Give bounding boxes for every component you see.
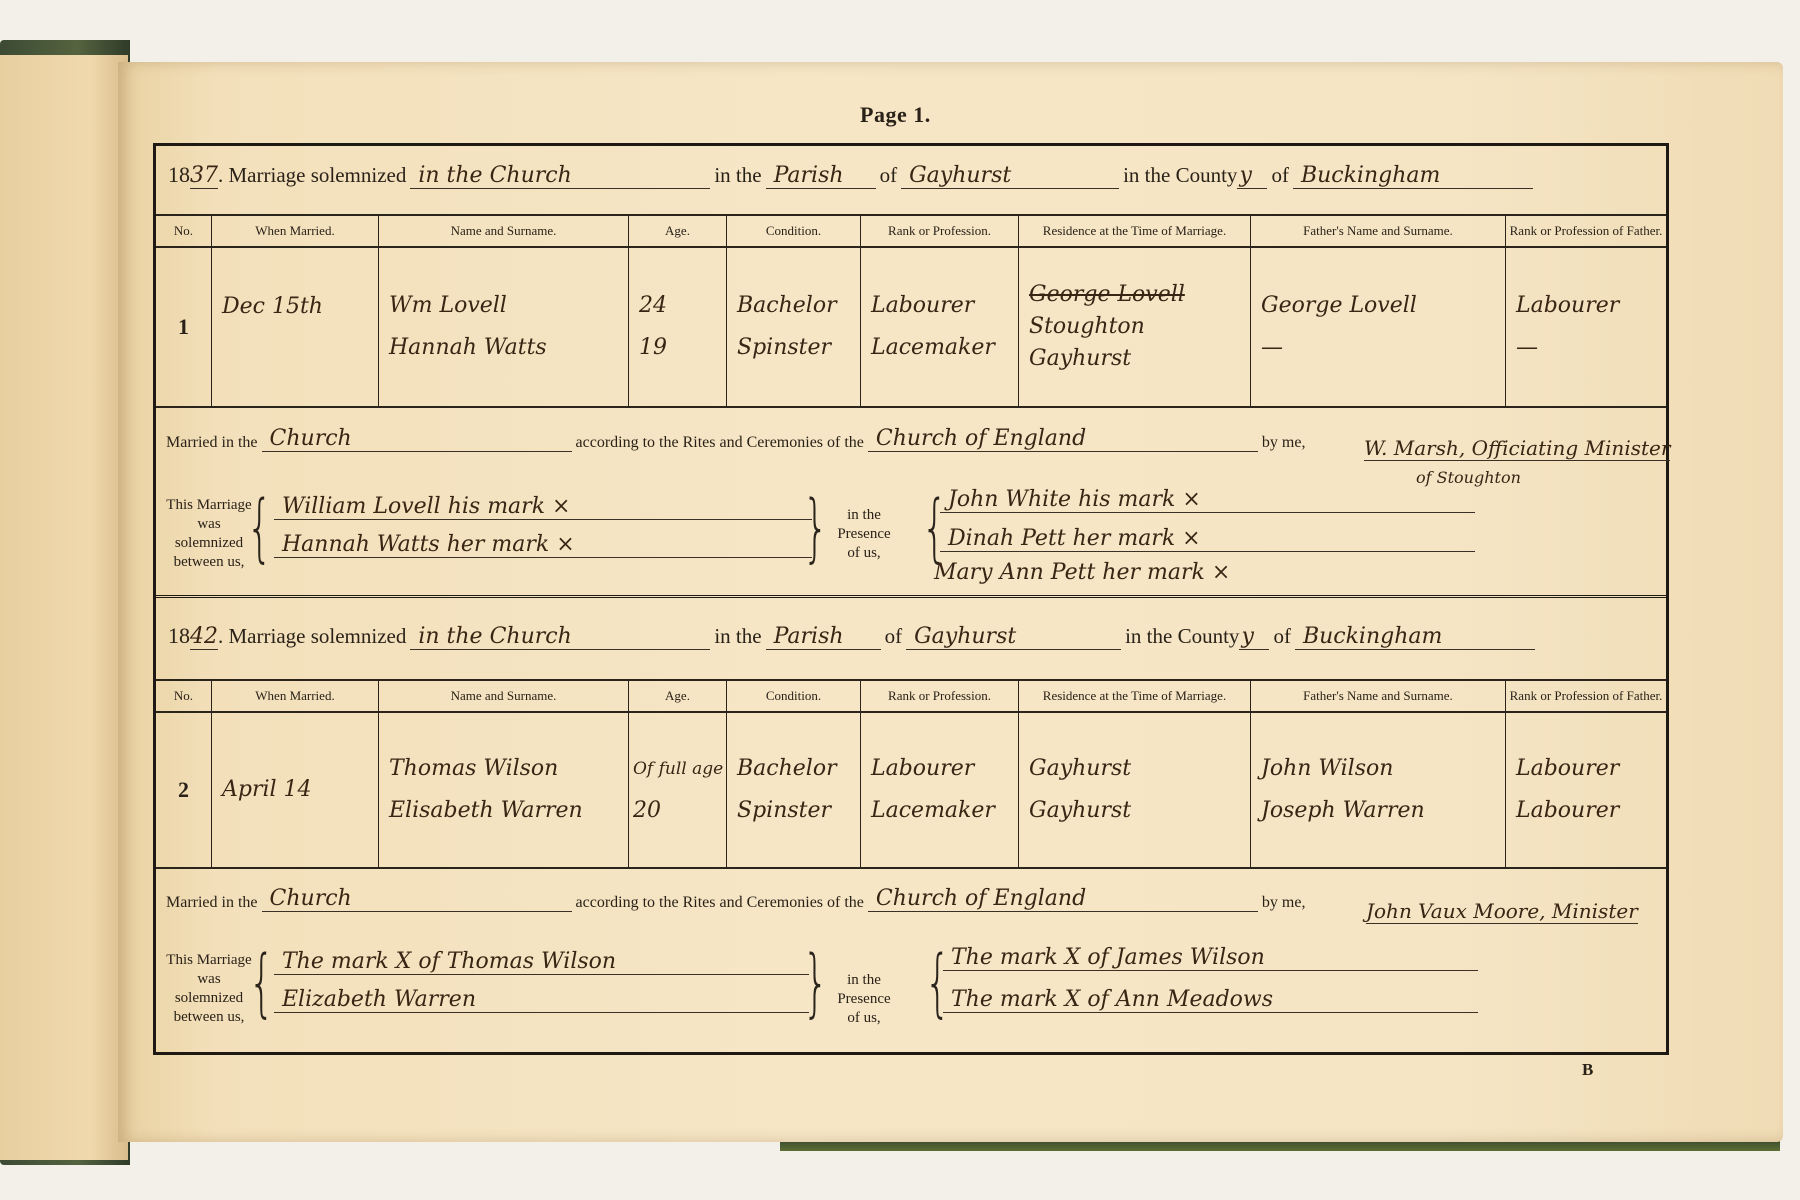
bride-rank: Lacemaker [871,790,1018,832]
groom-signature: William Lovell his mark × [274,486,812,520]
col-header-no: No. [156,681,212,711]
label-married-in-the: Married in the [166,894,258,912]
groom-father-rank: Labourer [1516,285,1666,327]
groom-name: Wm Lovell [389,285,628,327]
county-field: Buckingham [1295,624,1535,650]
col-header-father-name: Father's Name and Surname. [1251,681,1506,711]
groom-rank: Labourer [871,285,1018,327]
label-in-the-county: in the County [1123,163,1237,188]
label-line: of us, [824,544,904,563]
rank-cell: Labourer Lacemaker [861,713,1019,867]
year-prefix: 18 [168,162,190,188]
marriage-register-form: 1837. Marriage solemnized in the Church … [153,143,1669,1055]
groom-signature: The mark X of Thomas Wilson [274,941,809,975]
father-rank-cell: Labourer Labourer [1506,713,1666,867]
groom-age: 24 [639,285,726,327]
entry-number: 2 [156,713,212,867]
married-in-field: Church [262,886,572,912]
year-prefix: 18 [168,623,190,649]
rites-field: Church of England [868,426,1258,452]
col-header-name: Name and Surname. [379,216,629,246]
when-married: April 14 [222,769,378,811]
page-title: Page 1. [860,102,931,128]
groom-condition: Bachelor [737,748,860,790]
col-header-father-name: Father's Name and Surname. [1251,216,1506,246]
bride-father-rank: — [1516,327,1666,369]
label-according-to: according to the Rites and Ceremonies of… [576,434,864,452]
bride-residence: Gayhurst [1029,790,1250,832]
year-suffix: 37 [190,163,218,189]
name-cell: Wm Lovell Hannah Watts [379,248,629,406]
when-married-cell: Dec 15th [212,248,379,406]
label-according-to: according to the Rites and Ceremonies of… [576,894,864,912]
label-line: in the [824,971,904,990]
col-header-condition: Condition. [727,681,861,711]
groom-father: John Wilson [1261,748,1505,790]
groom-name: Thomas Wilson [389,748,628,790]
witness-signature: Dinah Pett her mark × [940,518,1475,552]
parish-field: Gayhurst [901,163,1119,189]
married-in-field: Church [262,426,572,452]
left-brace: { [247,491,273,565]
label-in-the-county: in the County [1125,624,1239,649]
county-suffix: y [1239,624,1269,650]
officiant-signature: John Vaux Moore, Minister [1366,899,1638,924]
label-of: of [885,624,903,649]
label-line: in the [824,506,904,525]
label-by-me: by me, [1262,894,1306,912]
bride-father-rank: Labourer [1516,790,1666,832]
bride-name: Elisabeth Warren [389,790,628,832]
col-header-father-rank: Rank or Profession of Father. [1506,216,1666,246]
col-header-residence: Residence at the Time of Marriage. [1019,216,1251,246]
col-header-residence: Residence at the Time of Marriage. [1019,681,1251,711]
col-header-rank: Rank or Profession. [861,216,1019,246]
witness-signature: The mark X of James Wilson [943,937,1478,971]
married-in-line: Married in the Church according to the R… [166,886,1305,912]
label-this-marriage: This Marriage was solemnized between us, [164,951,254,1027]
col-header-when-married: When Married. [212,216,379,246]
label-in-the: in the [714,624,761,649]
label-line: solemnized [164,989,254,1008]
place-type-field: in the Church [410,624,710,650]
column-header-row: No. When Married. Name and Surname. Age.… [156,679,1666,713]
bride-father: — [1261,327,1505,369]
col-header-no: No. [156,216,212,246]
label-by-me: by me, [1262,434,1306,452]
table-row: 2 April 14 Thomas Wilson Elisabeth Warre… [156,713,1666,869]
married-in-line: Married in the Church according to the R… [166,426,1305,452]
label-in-the-presence: in the Presence of us, [824,506,904,563]
bride-signature: Hannah Watts her mark × [274,524,812,558]
witness-signature: Mary Ann Pett her mark × [926,551,1486,585]
groom-father-rank: Labourer [1516,748,1666,790]
period: . [218,163,229,188]
label-line: was [164,970,254,989]
when-married-cell: April 14 [212,713,379,867]
label-marriage-solemnized: Marriage solemnized [229,163,407,188]
county-field: Buckingham [1293,163,1533,189]
label-this-marriage: This Marriage was solemnized between us, [164,496,254,572]
residence-cell: Gayhurst Gayhurst [1019,713,1251,867]
bride-age: 19 [639,327,726,369]
bride-condition: Spinster [737,790,860,832]
residence-struck-out: George Lovell [1029,279,1250,311]
entry-headline: 1842. Marriage solemnized in the Church … [168,623,1539,650]
label-of: of [880,163,898,188]
groom-rank: Labourer [871,748,1018,790]
period: . [218,624,229,649]
groom-age: Of full age [633,748,726,790]
district-type-field: Parish [766,624,881,650]
marriage-entry-1: 1837. Marriage solemnized in the Church … [156,146,1666,598]
col-header-name: Name and Surname. [379,681,629,711]
label-of: of [1273,624,1291,649]
bride-signature: Elizabeth Warren [274,979,809,1013]
label-line: was [164,515,254,534]
left-brace: { [249,946,275,1020]
label-line: between us, [164,1008,254,1027]
label-marriage-solemnized: Marriage solemnized [229,624,407,649]
label-in-the-presence: in the Presence of us, [824,971,904,1028]
column-header-row: No. When Married. Name and Surname. Age.… [156,214,1666,248]
bride-condition: Spinster [737,327,860,369]
table-row: 1 Dec 15th Wm Lovell Hannah Watts 24 19 … [156,248,1666,408]
rank-cell: Labourer Lacemaker [861,248,1019,406]
groom-condition: Bachelor [737,285,860,327]
label-line: Presence [824,990,904,1009]
bride-father: Joseph Warren [1261,790,1505,832]
groom-residence: Stoughton [1029,311,1250,343]
groom-residence: Gayhurst [1029,748,1250,790]
bride-residence: Gayhurst [1029,343,1250,375]
age-cell: 24 19 [629,248,727,406]
label-line: solemnized [164,534,254,553]
name-cell: Thomas Wilson Elisabeth Warren [379,713,629,867]
place-type-field: in the Church [410,163,710,189]
label-line: This Marriage [164,496,254,515]
label-line: between us, [164,553,254,572]
district-type-field: Parish [766,163,876,189]
label-line: Presence [824,525,904,544]
label-line: of us, [824,1009,904,1028]
col-header-condition: Condition. [727,216,861,246]
label-of: of [1271,163,1289,188]
officiant-signature: W. Marsh, Officiating Minister [1364,436,1670,461]
rites-field: Church of England [868,886,1258,912]
col-header-rank: Rank or Profession. [861,681,1019,711]
bride-name: Hannah Watts [389,327,628,369]
bride-age: 20 [633,790,726,832]
entry-number: 1 [156,248,212,406]
col-header-father-rank: Rank or Profession of Father. [1506,681,1666,711]
residence-cell: George Lovell Stoughton Gayhurst [1019,248,1251,406]
facing-page [0,55,128,1160]
age-cell: Of full age 20 [629,713,727,867]
father-rank-cell: Labourer — [1506,248,1666,406]
sheet-signature-mark: B [1582,1060,1593,1080]
witness-signature: John White his mark × [940,479,1475,513]
parish-field: Gayhurst [906,624,1121,650]
label-married-in-the: Married in the [166,434,258,452]
entry-headline: 1837. Marriage solemnized in the Church … [168,162,1537,189]
col-header-when-married: When Married. [212,681,379,711]
col-header-age: Age. [629,216,727,246]
county-suffix: y [1237,163,1267,189]
father-name-cell: George Lovell — [1251,248,1506,406]
when-married: Dec 15th [222,286,378,328]
witness-signature: The mark X of Ann Meadows [943,979,1478,1013]
condition-cell: Bachelor Spinster [727,248,861,406]
label-in-the: in the [714,163,761,188]
groom-father: George Lovell [1261,285,1505,327]
condition-cell: Bachelor Spinster [727,713,861,867]
year-suffix: 42 [190,624,218,650]
father-name-cell: John Wilson Joseph Warren [1251,713,1506,867]
col-header-age: Age. [629,681,727,711]
bride-rank: Lacemaker [871,327,1018,369]
label-line: This Marriage [164,951,254,970]
marriage-entry-2: 1842. Marriage solemnized in the Church … [156,601,1666,1055]
